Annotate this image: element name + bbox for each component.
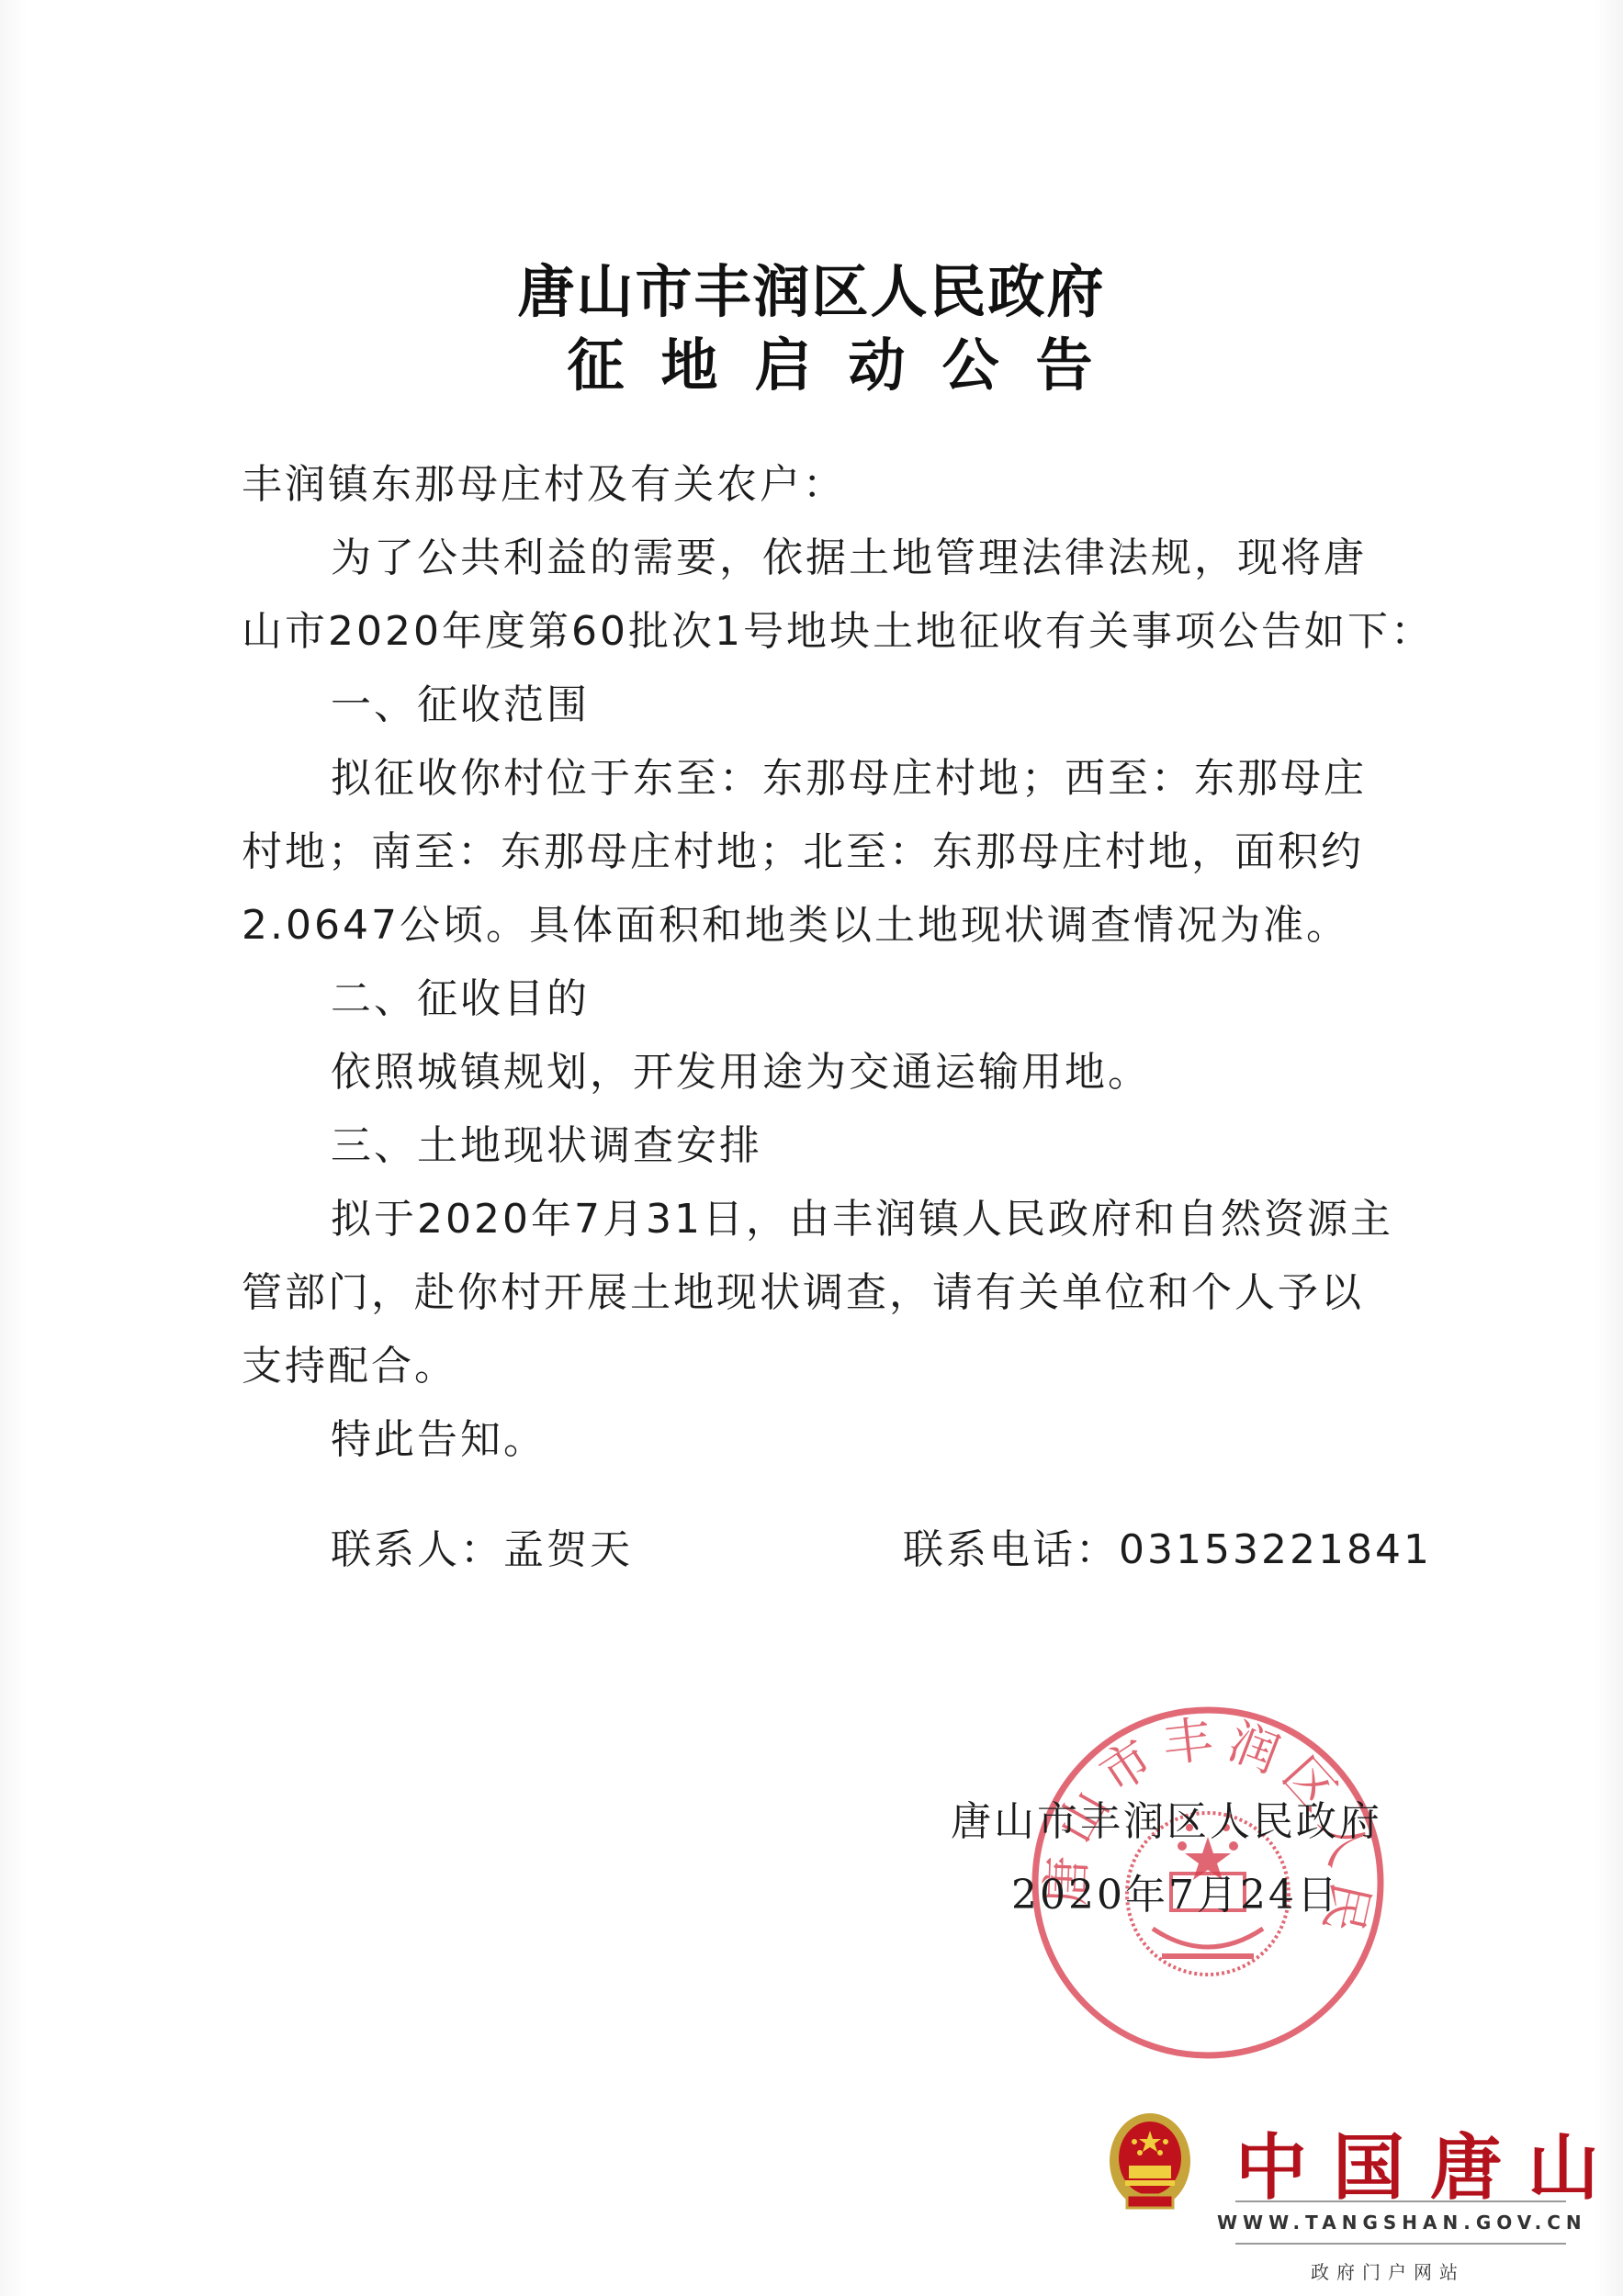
scope-line-1: 拟征收你村位于东至：东那母庄村地；西至：东那母庄	[331, 759, 1367, 799]
logo-title: 中国唐山	[1235, 2110, 1623, 2213]
contact-phone-label: 联系电话：	[903, 1526, 1119, 1573]
signature-organization: 唐山市丰润区人民政府	[951, 1802, 1382, 1842]
survey-line-2: 管部门，赴你村开展土地现状调查，请有关单位和个人予以	[242, 1273, 1364, 1313]
logo-divider-bottom	[1235, 2243, 1566, 2245]
scope-line-2: 村地；南至：东那母庄村地；北至：东那母庄村地，面积约	[242, 832, 1364, 872]
logo-divider-top	[1235, 2200, 1566, 2202]
issuer-heading: 唐山市丰润区人民政府	[0, 246, 1623, 328]
tangshan-portal-logo: 中国唐山 WWW.TANGSHAN.GOV.CN 政府门户网站	[1107, 2094, 1584, 2278]
section-heading-scope: 一、征收范围	[331, 685, 590, 726]
survey-line-1: 拟于2020年7月31日，由丰润镇人民政府和自然资源主	[331, 1199, 1393, 1240]
contact-phone: 联系电话：03153221841	[903, 1530, 1432, 1570]
closing-remark: 特此告知。	[331, 1420, 547, 1460]
contact-person-name: 孟贺天	[503, 1526, 633, 1573]
purpose-line-1: 依照城镇规划，开发用途为交通运输用地。	[331, 1052, 1151, 1093]
section-heading-purpose: 二、征收目的	[331, 979, 590, 1019]
logo-subtitle: 政府门户网站	[1311, 2257, 1465, 2284]
document-page: 唐山市丰润区人民政府 征地启动公告 丰润镇东那母庄村及有关农户： 为了公共利益的…	[0, 0, 1623, 2296]
intro-line-2: 山市2020年度第60批次1号地块土地征收有关事项公告如下：	[242, 612, 1434, 652]
scope-line-3: 2.0647公顷。具体面积和地类以土地现状调查情况为准。	[242, 906, 1349, 946]
contact-phone-number: 03153221841	[1119, 1526, 1432, 1573]
document-title: 征地启动公告	[0, 320, 1623, 401]
contact-person: 联系人：孟贺天	[331, 1530, 633, 1570]
intro-line-1: 为了公共利益的需要，依据土地管理法律法规，现将唐	[331, 538, 1367, 579]
contact-person-label: 联系人：	[331, 1526, 503, 1573]
logo-url: WWW.TANGSHAN.GOV.CN	[1217, 2212, 1587, 2234]
national-emblem-icon	[1107, 2110, 1194, 2216]
addressee: 丰润镇东那母庄村及有关农户：	[242, 465, 846, 505]
signature-date: 2020年7月24日	[1011, 1875, 1340, 1916]
survey-line-3: 支持配合。	[242, 1346, 457, 1387]
section-heading-survey: 三、土地现状调查安排	[331, 1126, 762, 1166]
